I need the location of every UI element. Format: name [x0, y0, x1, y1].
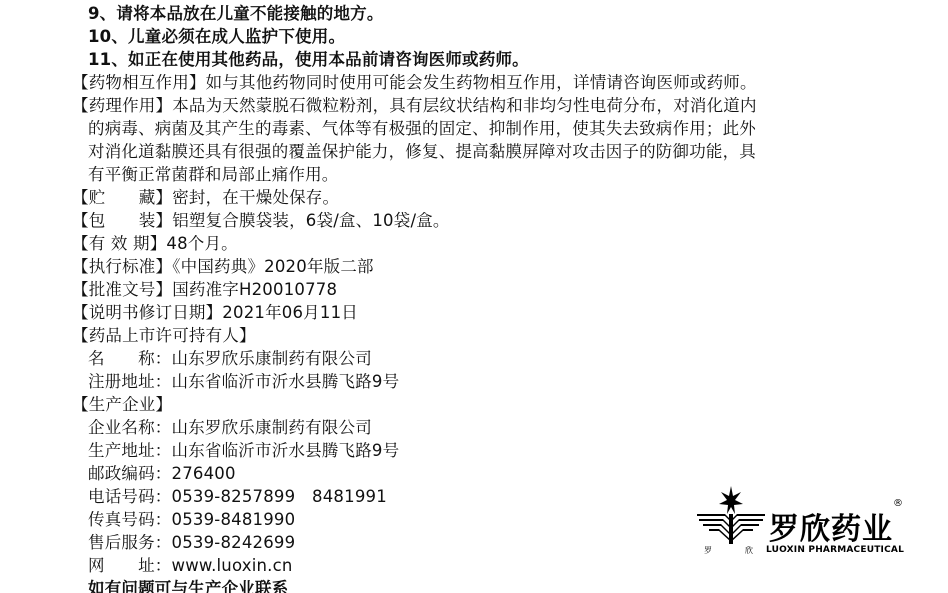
manufacturer-name: 企业名称：山东罗欣乐康制药有限公司: [88, 416, 372, 439]
logo-english-name: LUOXIN PHARMACEUTICAL: [766, 545, 904, 555]
registered-mark: ®: [893, 498, 903, 509]
contact-note: 如有问题可与生产企业联系: [88, 577, 288, 593]
pharmacology-line-1: 【药理作用】本品为天然蒙脱石微粒粉剂，具有层纹状结构和非均匀性电荷分布，对消化道…: [72, 94, 757, 117]
logo-small-char-left: 罗: [704, 545, 712, 556]
package-section: 【包 装】铝塑复合膜袋装，6袋/盒、10袋/盒。: [72, 209, 450, 232]
precaution-11: 11、如正在使用其他药品，使用本品前请咨询医师或药师。: [88, 48, 529, 71]
interactions-section: 【药物相互作用】如与其他药物同时使用可能会发生药物相互作用，详情请咨询医师或药师…: [72, 71, 757, 94]
star-chevron-icon: [695, 484, 767, 544]
pharmacology-line-2: 的病毒、病菌及其产生的毒素、气体等有极强的固定、抑制作用，使其失去致病作用；此外: [88, 117, 756, 140]
approval-number-section: 【批准文号】国药准字H20010778: [72, 278, 337, 301]
validity-section: 【有 效 期】48个月。: [72, 232, 238, 255]
mah-name: 名 称：山东罗欣乐康制药有限公司: [88, 347, 372, 370]
website: 网 址：www.luoxin.cn: [88, 554, 293, 577]
standard-section: 【执行标准】《中国药典》2020年版二部: [72, 255, 374, 278]
mah-header: 【药品上市许可持有人】: [72, 324, 256, 347]
manufacturer-address: 生产地址：山东省临沂市沂水县腾飞路9号: [88, 439, 399, 462]
revision-date-section: 【说明书修订日期】2021年06月11日: [72, 301, 358, 324]
logo-small-char-right: 欣: [745, 545, 753, 556]
mah-address: 注册地址：山东省临沂市沂水县腾飞路9号: [88, 370, 399, 393]
precaution-10: 10、儿童必须在成人监护下使用。: [88, 25, 345, 48]
logo-brand-name: 罗欣药业: [769, 504, 893, 548]
storage-section: 【贮 藏】密封，在干燥处保存。: [72, 186, 339, 209]
phone-numbers: 电话号码：0539-8257899 8481991: [88, 485, 387, 508]
pharmacology-line-4: 有平衡正常菌群和局部止痛作用。: [88, 163, 339, 186]
pharmacology-line-3: 对消化道黏膜还具有很强的覆盖保护能力，修复、提高黏膜屏障对攻击因子的防御功能，具: [88, 140, 756, 163]
after-sales-service: 售后服务：0539-8242699: [88, 531, 295, 554]
precaution-9: 9、请将本品放在儿童不能接触的地方。: [88, 2, 384, 25]
manufacturer-header: 【生产企业】: [72, 393, 172, 416]
fax-number: 传真号码：0539-8481990: [88, 508, 295, 531]
postcode: 邮政编码：276400: [88, 462, 236, 485]
luoxin-logo: 罗 欣 罗欣药业 ® LUOXIN PHARMACEUTICAL: [695, 484, 910, 558]
